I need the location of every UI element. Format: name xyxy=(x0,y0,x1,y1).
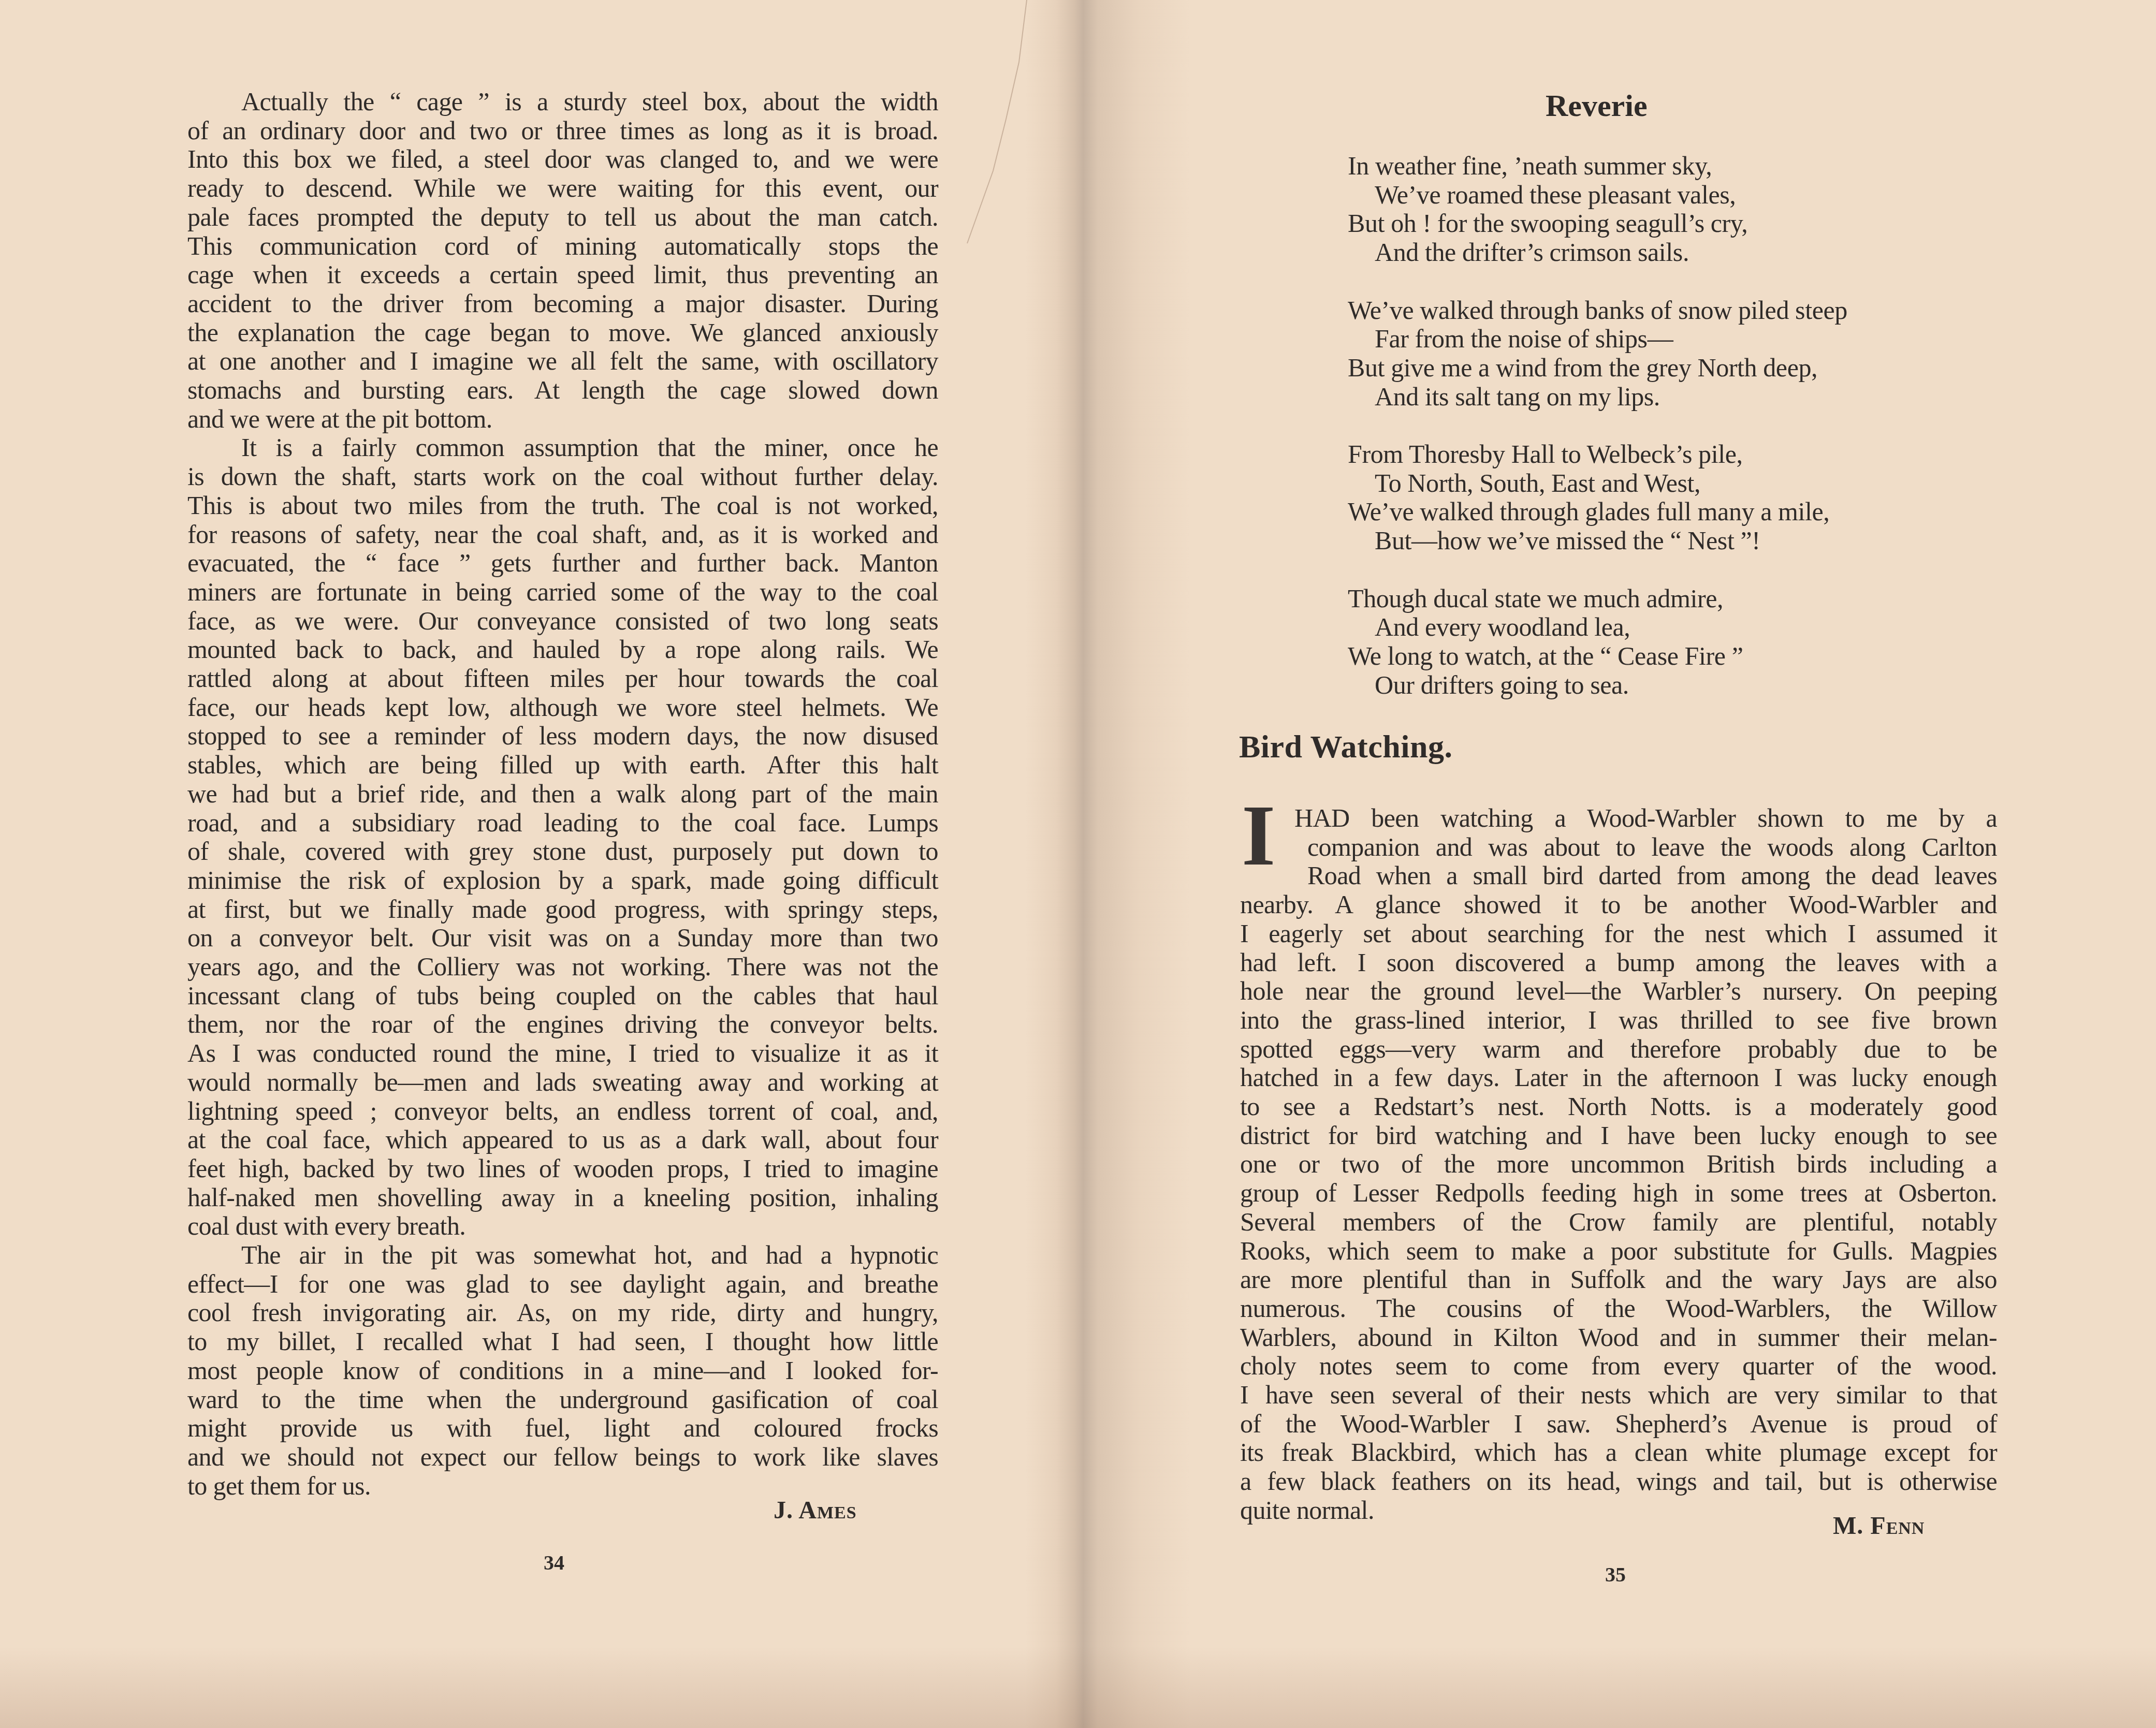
text-line: would normally be—men and lads sweating … xyxy=(187,1067,938,1096)
text-line: one or two of the more uncommon British … xyxy=(1240,1149,1997,1178)
text-line: on a conveyor belt. Our visit was on a S… xyxy=(187,923,938,952)
article-title-bird-watching: Bird Watching. xyxy=(1239,729,1452,766)
text-line: Warblers, abound in Kilton Wood and in s… xyxy=(1240,1323,1997,1352)
text-line: coal dust with every breath. xyxy=(187,1211,938,1240)
text-line: stables, which are being filled up with … xyxy=(187,750,938,779)
text-line: into the grass-lined interior, I was thr… xyxy=(1240,1005,1997,1034)
text-line: face, as we were. Our conveyance consist… xyxy=(187,606,938,635)
text-line: road, and a subsidiary road leading to t… xyxy=(187,808,938,837)
text-line: As I was conducted round the mine, I tri… xyxy=(187,1038,938,1067)
text-line: its freak Blackbird, which has a clean w… xyxy=(1240,1438,1997,1467)
text-line: had left. I soon discovered a bump among… xyxy=(1240,948,1997,977)
text-line: Road when a small bird darted from among… xyxy=(1307,861,1997,890)
text-line: hole near the ground level—the Warbler’s… xyxy=(1240,976,1997,1005)
poem-line: We long to watch, at the “ Cease Fire ” xyxy=(1348,641,1743,670)
text-line: effect—I for one was glad to see dayligh… xyxy=(187,1269,938,1298)
text-line: are more plentiful than in Suffolk and t… xyxy=(1240,1265,1997,1294)
text-line: Actually the “ cage ” is a sturdy steel … xyxy=(241,87,938,116)
text-line: I have seen several of their nests which… xyxy=(1240,1380,1997,1409)
text-line: group of Lesser Redpolls feeding high in… xyxy=(1240,1178,1997,1207)
text-line: companion and was about to leave the woo… xyxy=(1307,832,1997,861)
text-line: might provide us with fuel, light and co… xyxy=(187,1413,938,1442)
text-line: hatched in a few days. Later in the afte… xyxy=(1240,1063,1997,1092)
poem-line: We’ve walked through glades full many a … xyxy=(1348,497,1829,526)
text-line: feet high, backed by two lines of wooden… xyxy=(187,1154,938,1183)
text-line: incessant clang of tubs being coupled on… xyxy=(187,981,938,1010)
poem-line: And every woodland lea, xyxy=(1375,612,1630,641)
poem-line: But oh ! for the swooping seagull’s cry, xyxy=(1348,209,1747,238)
text-line: mounted back to back, and hauled by a ro… xyxy=(187,635,938,664)
poem-line: We’ve walked through banks of snow piled… xyxy=(1348,296,1847,325)
text-line: choly notes seem to come from every quar… xyxy=(1240,1351,1997,1380)
text-line: is down the shaft, starts work on the co… xyxy=(187,462,938,491)
text-line: them, nor the roar of the engines drivin… xyxy=(187,1009,938,1038)
text-line: most people know of conditions in a mine… xyxy=(187,1356,938,1385)
text-line: lightning speed ; conveyor belts, an end… xyxy=(187,1096,938,1125)
text-line: ready to descend. While we were waiting … xyxy=(187,173,938,202)
text-line: accident to the driver from becoming a m… xyxy=(187,289,938,318)
text-line: This communication cord of mining automa… xyxy=(187,231,938,260)
poem-line: To North, South, East and West, xyxy=(1375,468,1700,497)
text-line: stomachs and bursting ears. At length th… xyxy=(187,375,938,404)
text-line: It is a fairly common assumption that th… xyxy=(241,433,938,462)
poem-line: Our drifters going to sea. xyxy=(1375,670,1629,699)
poem-line: And the drifter’s crimson sails. xyxy=(1375,238,1689,267)
text-line: minimise the risk of explosion by a spar… xyxy=(187,866,938,895)
text-line: miners are fortunate in being carried so… xyxy=(187,577,938,606)
text-line: spotted eggs—very warm and therefore pro… xyxy=(1240,1034,1997,1063)
text-line: numerous. The cousins of the Wood-Warble… xyxy=(1240,1294,1997,1323)
text-line: stopped to see a reminder of less modern… xyxy=(187,721,938,750)
text-line: at first, but we finally made good progr… xyxy=(187,895,938,924)
text-line: years ago, and the Colliery was not work… xyxy=(187,952,938,981)
text-line: face, our heads kept low, although we wo… xyxy=(187,693,938,722)
text-line: we had but a brief ride, and then a walk… xyxy=(187,779,938,808)
drop-cap-letter: I xyxy=(1242,792,1275,879)
poem-line: Far from the noise of ships— xyxy=(1375,324,1673,353)
text-line: to see a Redstart’s nest. North Notts. i… xyxy=(1240,1092,1997,1121)
text-line: at one another and I imagine we all felt… xyxy=(187,346,938,375)
text-line: of an ordinary door and two or three tim… xyxy=(187,116,938,145)
text-line: This is about two miles from the truth. … xyxy=(187,491,938,520)
poem-line: And its salt tang on my lips. xyxy=(1375,382,1660,411)
text-line: pale faces prompted the deputy to tell u… xyxy=(187,202,938,231)
signature-m-fenn: M. Fenn xyxy=(1833,1512,1925,1540)
poem-line: In weather fine, ’neath summer sky, xyxy=(1348,151,1712,180)
text-line: and we were at the pit bottom. xyxy=(187,404,938,433)
text-line: half-naked men shovelling away in a knee… xyxy=(187,1183,938,1212)
page-number-right: 35 xyxy=(1605,1562,1626,1587)
text-line: at the coal face, which appeared to us a… xyxy=(187,1125,938,1154)
text-line: HAD been watching a Wood-Warbler shown t… xyxy=(1294,803,1997,832)
text-line: I eagerly set about searching for the ne… xyxy=(1240,919,1997,948)
poem-title: Reverie xyxy=(1546,88,1648,124)
text-line: cool fresh invigorating air. As, on my r… xyxy=(187,1298,938,1327)
text-line: district for bird watching and I have be… xyxy=(1240,1121,1997,1150)
text-line: Several members of the Crow family are p… xyxy=(1240,1207,1997,1236)
poem-line: We’ve roamed these pleasant vales, xyxy=(1375,180,1736,209)
poem-line: But—how we’ve missed the “ Nest ”! xyxy=(1375,526,1760,555)
text-line: Into this box we filed, a steel door was… xyxy=(187,144,938,173)
text-line: The air in the pit was somewhat hot, and… xyxy=(241,1240,938,1269)
text-line: for reasons of safety, near the coal sha… xyxy=(187,520,938,549)
poem-line: But give me a wind from the grey North d… xyxy=(1348,353,1817,382)
text-line: rattled along at about fifteen miles per… xyxy=(187,664,938,693)
signature-j-ames: J. Ames xyxy=(774,1496,857,1525)
text-line: Rooks, which seem to make a poor substit… xyxy=(1240,1236,1997,1265)
book-spread: Actually the “ cage ” is a sturdy steel … xyxy=(0,0,2156,1728)
poem-line: From Thoresby Hall to Welbeck’s pile, xyxy=(1348,440,1743,468)
page-number-left: 34 xyxy=(544,1550,564,1575)
text-line: of the Wood-Warbler I saw. Shepherd’s Av… xyxy=(1240,1409,1997,1438)
text-line: cage when it exceeds a certain speed lim… xyxy=(187,260,938,289)
text-line: of shale, covered with grey stone dust, … xyxy=(187,837,938,866)
text-line: evacuated, the “ face ” gets further and… xyxy=(187,548,938,577)
text-line: and we should not expect our fellow bein… xyxy=(187,1442,938,1471)
text-line: the explanation the cage began to move. … xyxy=(187,318,938,347)
text-line: a few black feathers on its head, wings … xyxy=(1240,1467,1997,1496)
text-line: nearby. A glance showed it to be another… xyxy=(1240,890,1997,919)
poem-line: Though ducal state we much admire, xyxy=(1348,584,1723,613)
text-line: ward to the time when the underground ga… xyxy=(187,1385,938,1414)
text-line: to my billet, I recalled what I had seen… xyxy=(187,1327,938,1356)
